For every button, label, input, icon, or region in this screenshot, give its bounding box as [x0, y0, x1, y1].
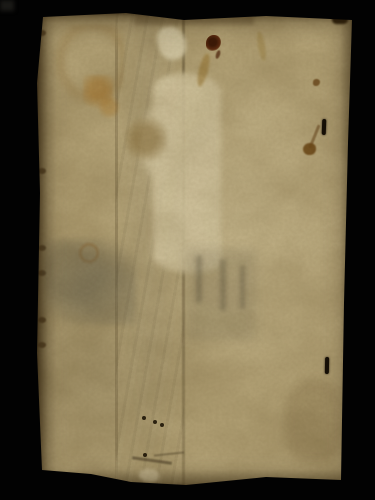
edge-vignette	[36, 13, 354, 487]
clasp-slit-top	[322, 119, 327, 135]
backdrop-shadow	[0, 0, 14, 11]
clasp-slit-bottom	[325, 357, 329, 374]
parchment-book-cover	[36, 13, 354, 487]
photo-frame	[0, 0, 375, 500]
